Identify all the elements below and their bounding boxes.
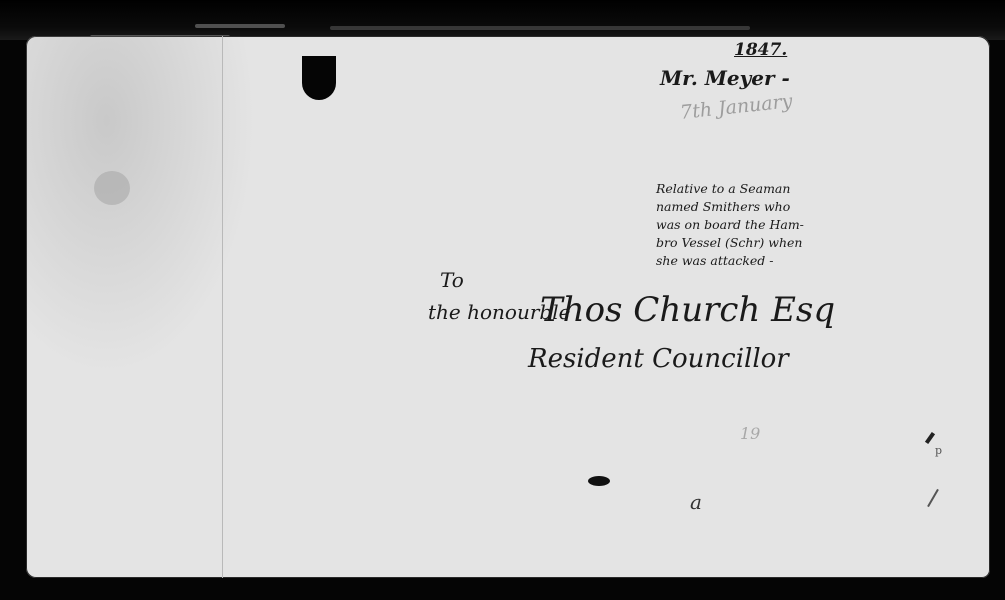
addressee-name: Thos Church Esq bbox=[540, 290, 835, 330]
fold-line bbox=[222, 36, 223, 578]
summary-line: was on board the Ham- bbox=[656, 216, 804, 234]
docket-year: 1847. bbox=[734, 40, 787, 60]
ink-blot bbox=[588, 476, 610, 486]
address-to: To bbox=[440, 268, 464, 292]
docket-author: Mr. Meyer - bbox=[660, 66, 790, 90]
margin-mark: a bbox=[690, 490, 702, 514]
binding-streak bbox=[195, 24, 285, 28]
addressee-office: Resident Councillor bbox=[528, 344, 789, 374]
summary-line: Relative to a Seaman bbox=[656, 180, 804, 198]
margin-mark: p bbox=[935, 444, 942, 457]
summary-line: bro Vessel (Schr) when bbox=[656, 234, 804, 252]
page-number: 19 bbox=[740, 424, 760, 443]
stain-spot bbox=[94, 171, 130, 205]
scan-border-top bbox=[0, 0, 1005, 40]
binding-tab bbox=[302, 56, 336, 100]
summary-line: she was attacked - bbox=[656, 252, 804, 270]
summary-line: named Smithers who bbox=[656, 198, 804, 216]
binding-streak bbox=[330, 26, 750, 30]
docket-summary: Relative to a Seaman named Smithers who … bbox=[656, 180, 804, 270]
